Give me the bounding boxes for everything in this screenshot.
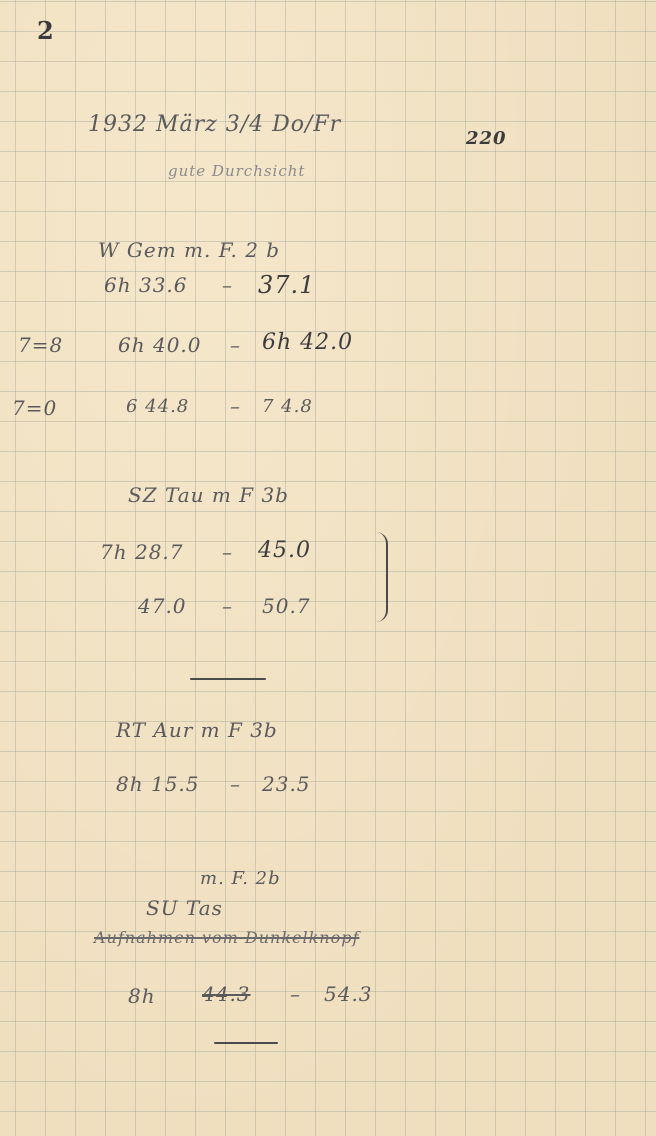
page-number: 2 [37, 16, 54, 45]
time-start: 7h 28.7 [100, 540, 184, 564]
observation-count: 220 [466, 128, 507, 149]
time-start: 8h [128, 984, 156, 1008]
margin-note: 7=0 [12, 396, 57, 420]
instrument-note: m. F. 2b [200, 868, 281, 889]
time-end: 45.0 [258, 538, 311, 563]
time-end: 6h 42.0 [262, 330, 353, 355]
time-dash: – [290, 982, 301, 1006]
time-start: 6h 40.0 [118, 333, 202, 357]
time-dash: – [230, 394, 241, 418]
section-title-sz-tau: SZ Tau m F 3b [128, 483, 289, 507]
struck-time: 44.3 [202, 982, 251, 1006]
time-dash: – [222, 273, 233, 297]
time-end: 50.7 [262, 594, 311, 618]
section-title-w-gem: W Gem m. F. 2 b [98, 238, 280, 262]
time-start: 47.0 [138, 594, 187, 618]
time-start: 6h 33.6 [104, 273, 188, 297]
notebook-page: 2 1932 März 3/4 Do/Fr 220 gute Durchsich… [0, 0, 656, 1136]
sky-note: gute Durchsicht [168, 162, 305, 180]
time-dash: – [230, 333, 241, 357]
time-end: 7 4.8 [262, 396, 313, 417]
time-start: 8h 15.5 [116, 772, 200, 796]
separator-rule [214, 1042, 278, 1044]
margin-note: 7=8 [18, 333, 63, 357]
section-title-su-tas: SU Tas [146, 896, 223, 920]
date-line: 1932 März 3/4 Do/Fr [88, 112, 341, 137]
time-start: 6 44.8 [126, 396, 189, 417]
time-end: 37.1 [258, 271, 315, 299]
time-dash: – [230, 772, 241, 796]
section-title-rt-aur: RT Aur m F 3b [116, 718, 278, 742]
time-end: 23.5 [262, 772, 311, 796]
time-dash: – [222, 540, 233, 564]
time-end: 54.3 [324, 982, 373, 1006]
grouping-brace [372, 532, 388, 622]
separator-rule [190, 678, 266, 680]
struck-through-note: Aufnahmen vom Dunkelknopf [94, 928, 359, 947]
time-dash: – [222, 594, 233, 618]
